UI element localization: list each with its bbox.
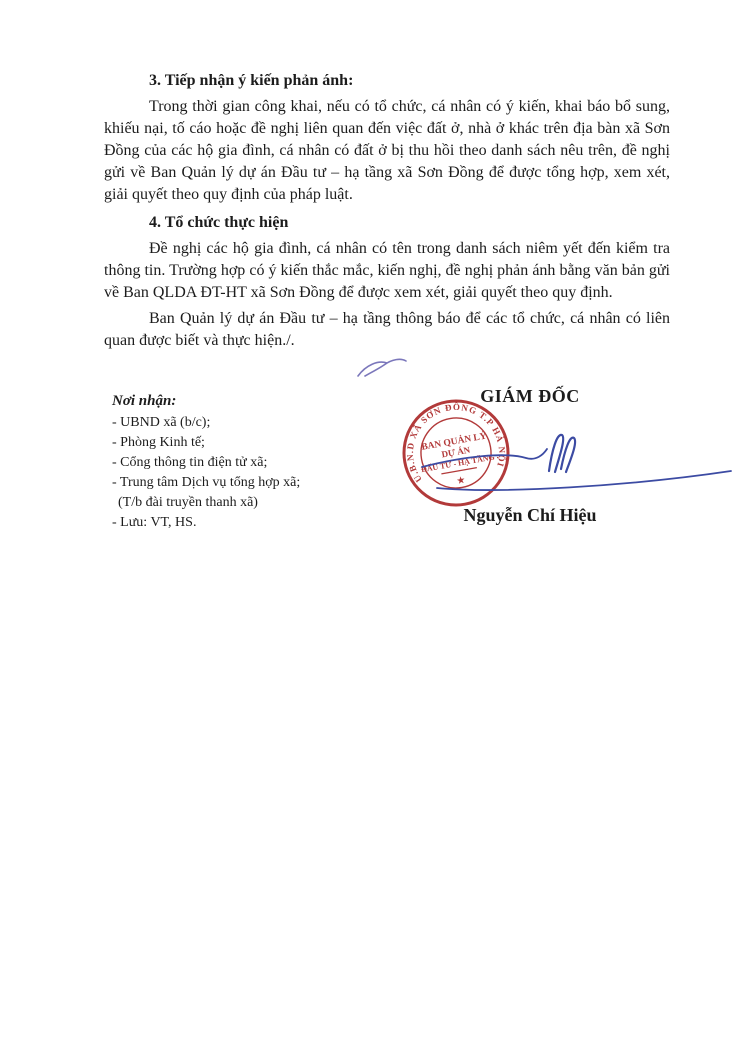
recipient-item: - Trung tâm Dịch vụ tổng hợp xã; (112, 473, 412, 493)
recipient-item: - Lưu: VT, HS. (112, 513, 412, 533)
section-3-heading: 3. Tiếp nhận ý kiến phản ánh: (104, 70, 670, 92)
official-stamp: U.B.N.D XÃ SƠN ĐỒNG T.P HÀ NỘI BAN QUẢN … (392, 389, 520, 517)
section-4-paragraph-2: Ban Quản lý dự án Đầu tư – hạ tầng thông… (104, 308, 670, 352)
stamp-graphic: U.B.N.D XÃ SƠN ĐỒNG T.P HÀ NỘI BAN QUẢN … (392, 389, 520, 517)
star-icon: ★ (456, 475, 467, 487)
recipients-block: Nơi nhận: - UBND xã (b/c); - Phòng Kinh … (112, 391, 412, 533)
section-4-heading: 4. Tổ chức thực hiện (104, 212, 670, 234)
signature-loop-1 (549, 435, 563, 472)
stamp-rotated-group: U.B.N.D XÃ SƠN ĐỒNG T.P HÀ NỘI BAN QUẢN … (396, 393, 516, 513)
initials-squiggle (358, 359, 406, 376)
document-page: { "page": { "background": "#ffffff", "te… (0, 0, 740, 1047)
section-4-paragraph-1: Đề nghị các hộ gia đình, cá nhân có tên … (104, 238, 670, 304)
document-body: 3. Tiếp nhận ý kiến phản ánh: Trong thời… (104, 64, 670, 352)
recipient-item: - Phòng Kinh tế; (112, 433, 412, 453)
recipient-item: (T/b đài truyền thanh xã) (112, 493, 412, 513)
recipient-item: - UBND xã (b/c); (112, 413, 412, 433)
recipients-label: Nơi nhận: (112, 391, 412, 411)
section-3-paragraph: Trong thời gian công khai, nếu có tổ chứ… (104, 96, 670, 206)
signer-name: Nguyễn Chí Hiệu (420, 505, 640, 526)
signature-loop-2 (561, 438, 575, 472)
recipient-item: - Cổng thông tin điện tử xã; (112, 453, 412, 473)
